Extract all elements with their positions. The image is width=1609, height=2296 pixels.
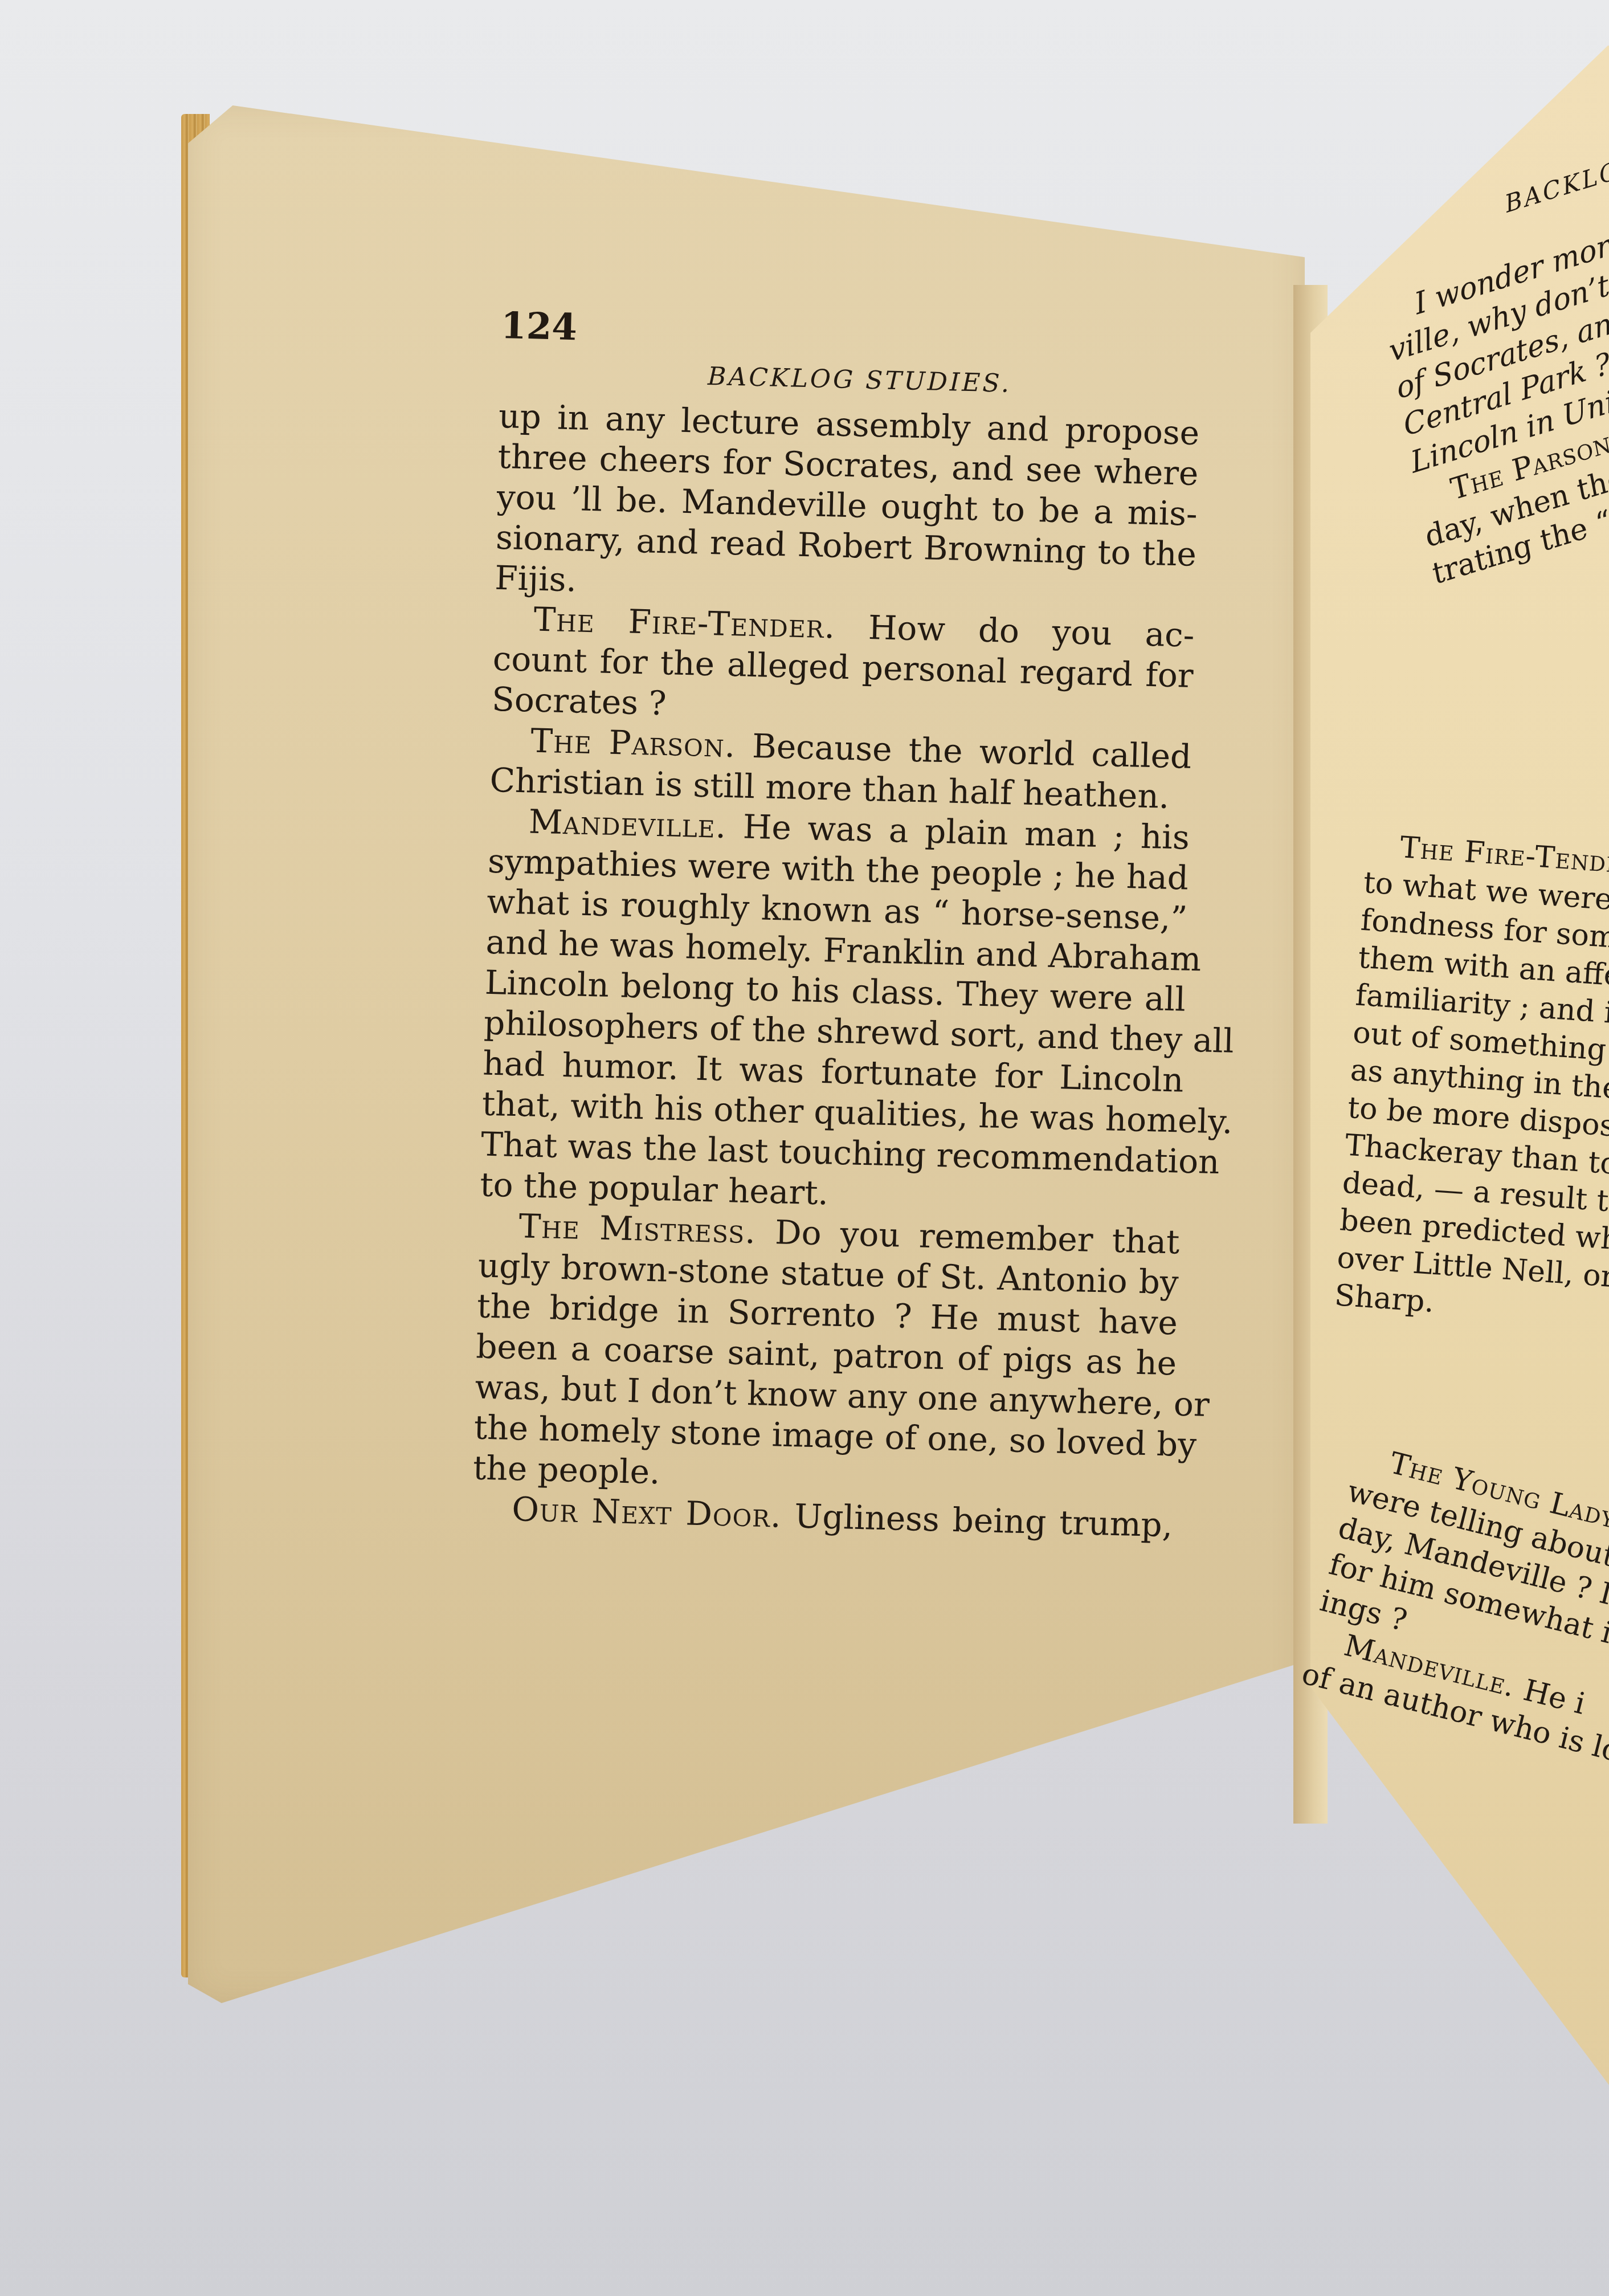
right-page-middle-body: The Fire-Tender. to what we were talkinf… bbox=[1333, 826, 1609, 1342]
speaker-name: The Fire-Tender. bbox=[533, 600, 836, 646]
speaker-name: Mandeville. bbox=[528, 802, 727, 845]
line-text: Fijis. bbox=[495, 558, 577, 599]
line-text: to the popular heart. bbox=[480, 1165, 829, 1213]
page-number: 124 bbox=[500, 308, 577, 346]
line-text: Socrates ? bbox=[491, 680, 667, 723]
running-head: Backlog Studies. bbox=[708, 364, 1012, 397]
speaker-name: The Mistress. bbox=[518, 1206, 757, 1251]
line-text: the people. bbox=[472, 1448, 660, 1491]
speaker-name: The Parson. bbox=[530, 721, 736, 765]
line-text: Sharp. bbox=[1333, 1278, 1435, 1319]
left-page-body: up in any lecture assembly and proposeth… bbox=[472, 396, 1200, 1545]
speaker-name: Our Next Door. bbox=[512, 1490, 782, 1535]
line-text: How do you ac- bbox=[868, 608, 1195, 655]
right-page-middle-text: The Fire-Tender. to what we were talkinf… bbox=[1333, 826, 1609, 1342]
line-text: Ugliness being trump, bbox=[794, 1496, 1173, 1544]
